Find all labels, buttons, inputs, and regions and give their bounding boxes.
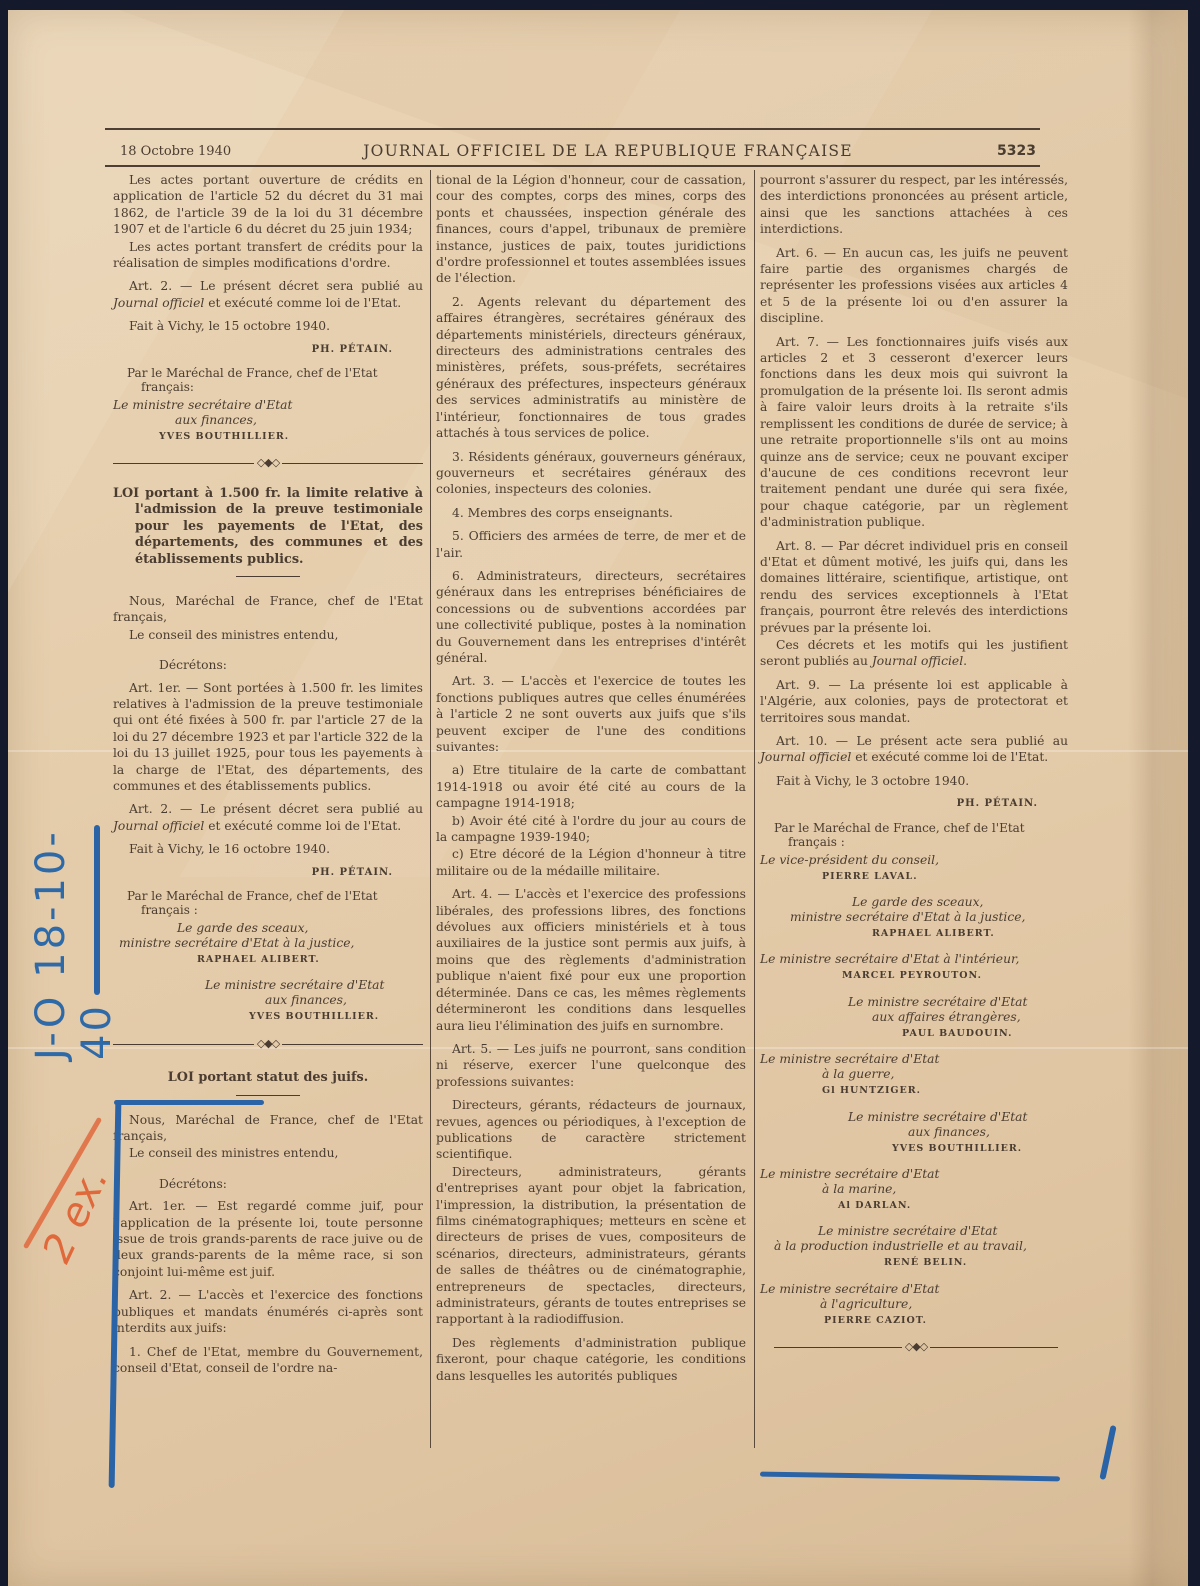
condition-item: c) Etre décoré de la Légion d'honneur à … xyxy=(436,846,746,879)
minister-title: Le garde des sceaux, xyxy=(113,921,423,936)
minister-portfolio: aux affaires étrangères, xyxy=(760,1010,1068,1025)
page-header: 18 Octobre 1940 JOURNAL OFFICIEL DE LA R… xyxy=(110,140,1040,162)
journal-officiel-ref: Journal officiel xyxy=(113,296,204,310)
preamble: Le conseil des ministres entendu, xyxy=(113,1145,423,1161)
minister-portfolio: à la marine, xyxy=(760,1182,1068,1197)
article-3: Art. 3. — L'accès et l'exercice de toute… xyxy=(436,673,746,755)
minister-portfolio: aux finances, xyxy=(113,413,423,428)
minister-name: YVES BOUTHILLIER. xyxy=(760,1141,1068,1157)
paragraph: Ces décrets et les motifs qui les justif… xyxy=(760,637,1068,670)
header-rule-bottom xyxy=(105,165,1040,167)
profession-item: Directeurs, gérants, rédacteurs de journ… xyxy=(436,1097,746,1163)
minister-name: PAUL BAUDOUIN. xyxy=(760,1026,1068,1042)
minister-title: Le ministre secrétaire d'Etat xyxy=(760,995,1068,1010)
minister-title: Le ministre secrétaire d'Etat xyxy=(760,1110,1068,1125)
minister-portfolio: ministre secrétaire d'Etat à la justice, xyxy=(113,936,423,951)
list-item: 2. Agents relevant du département des af… xyxy=(436,294,746,442)
countersign-intro-cont: français: xyxy=(113,380,423,394)
minister-title: Le ministre secrétaire d'Etat xyxy=(760,1224,1068,1239)
article-8: Art. 8. — Par décret individuel pris en … xyxy=(760,538,1068,636)
article-7: Art. 7. — Les fonctionnaires juifs visés… xyxy=(760,334,1068,531)
article-9: Art. 9. — La présente loi est applicable… xyxy=(760,677,1068,726)
preamble: Le conseil des ministres entendu, xyxy=(113,627,423,643)
column-divider xyxy=(754,170,755,1448)
minister-name: PIERRE CAZIOT. xyxy=(760,1313,1068,1329)
law-title-testimonial: LOI portant à 1.500 fr. la limite relati… xyxy=(113,486,423,568)
countersign-intro: Par le Maréchal de France, chef de l'Eta… xyxy=(113,366,423,380)
fait-a-vichy: Fait à Vichy, le 16 octobre 1940. xyxy=(113,841,423,857)
decretons: Décrétons: xyxy=(113,657,423,673)
minister-title: Le ministre secrétaire d'Etat xyxy=(113,398,423,413)
section-ornament: ◇◆◇ xyxy=(113,455,423,471)
blue-pencil-bracket xyxy=(114,1100,264,1105)
minister-portfolio: à l'agriculture, xyxy=(760,1297,1068,1312)
minister-name: RAPHAEL ALIBERT. xyxy=(113,952,423,968)
countersign-intro-cont: français : xyxy=(760,835,1068,849)
paragraph: tional de la Légion d'honneur, cour de c… xyxy=(436,172,746,287)
issue-date: 18 Octobre 1940 xyxy=(110,144,260,159)
article-2: Art. 2. — Le présent décret sera publié … xyxy=(113,278,423,311)
page-fold-shadow xyxy=(1128,10,1188,1586)
fait-a-vichy: Fait à Vichy, le 3 octobre 1940. xyxy=(760,773,1068,789)
minister-portfolio: à la guerre, xyxy=(760,1067,1068,1082)
list-item: 6. Administrateurs, directeurs, secrétai… xyxy=(436,568,746,666)
minister-title: Le ministre secrétaire d'Etat à l'intéri… xyxy=(760,952,1068,967)
title-rule xyxy=(236,576,300,577)
ornament-diamonds-icon: ◇◆◇ xyxy=(254,455,282,471)
list-item: 5. Officiers des armées de terre, de mer… xyxy=(436,528,746,561)
article-2: Art. 2. — Le présent décret sera publié … xyxy=(113,801,423,834)
ornament-diamonds-icon: ◇◆◇ xyxy=(254,1036,282,1052)
ornament-diamonds-icon: ◇◆◇ xyxy=(902,1339,930,1355)
list-item: 1. Chef de l'Etat, membre du Gouvernemen… xyxy=(113,1344,423,1377)
minister-title: Le garde des sceaux, xyxy=(760,895,1068,910)
article-6: Art. 6. — En aucun cas, les juifs ne peu… xyxy=(760,245,1068,327)
law-title-statut: LOI portant statut des juifs. xyxy=(113,1070,423,1086)
column-divider xyxy=(430,170,431,1448)
section-ornament: ◇◆◇ xyxy=(774,1339,1058,1355)
article-1: Art. 1er. — Est regardé comme juif, pour… xyxy=(113,1198,423,1280)
section-ornament: ◇◆◇ xyxy=(113,1036,423,1052)
minister-name: RENÉ BELIN. xyxy=(760,1255,1068,1271)
article-2: Art. 2. — L'accès et l'exercice des fonc… xyxy=(113,1287,423,1336)
signature-petain: PH. PÉTAIN. xyxy=(113,342,393,358)
article-1: Art. 1er. — Sont portées à 1.500 fr. les… xyxy=(113,680,423,795)
minister-name: RAPHAEL ALIBERT. xyxy=(760,926,1068,942)
countersign-intro: Par le Maréchal de France, chef de l'Eta… xyxy=(760,821,1068,835)
page-number: 5323 xyxy=(956,143,1040,159)
minister-name: Al DARLAN. xyxy=(760,1198,1068,1214)
paragraph: Les actes portant transfert de crédits p… xyxy=(113,239,423,272)
profession-item: Directeurs, administrateurs, gérants d'e… xyxy=(436,1164,746,1328)
publication-title: JOURNAL OFFICIEL DE LA REPUBLIQUE FRANÇA… xyxy=(260,142,956,160)
minister-portfolio: à la production industrielle et au trava… xyxy=(760,1239,1068,1254)
minister-title: Le ministre secrétaire d'Etat xyxy=(760,1052,1068,1067)
minister-name: MARCEL PEYROUTON. xyxy=(760,968,1068,984)
minister-name: YVES BOUTHILLIER. xyxy=(113,429,423,445)
minister-portfolio: aux finances, xyxy=(760,1125,1068,1140)
condition-item: a) Etre titulaire de la carte de combatt… xyxy=(436,762,746,811)
minister-name: PIERRE LAVAL. xyxy=(760,869,1068,885)
minister-title: Le ministre secrétaire d'Etat xyxy=(760,1167,1068,1182)
preamble: Nous, Maréchal de France, chef de l'Etat… xyxy=(113,593,423,626)
paragraph: Des règlements d'administration publique… xyxy=(436,1335,746,1384)
header-rule-top xyxy=(105,128,1040,130)
list-item: 3. Résidents généraux, gouverneurs génér… xyxy=(436,449,746,498)
column-3: pourront s'assurer du respect, par les i… xyxy=(760,172,1068,1356)
column-2: tional de la Légion d'honneur, cour de c… xyxy=(436,172,746,1391)
minister-portfolio: ministre secrétaire d'Etat à la justice, xyxy=(760,910,1068,925)
minister-title: Le ministre secrétaire d'Etat xyxy=(113,978,423,993)
signature-petain: PH. PÉTAIN. xyxy=(760,796,1038,812)
list-item: 4. Membres des corps enseignants. xyxy=(436,505,746,521)
countersign-intro-cont: français : xyxy=(113,903,423,917)
article-10: Art. 10. — Le présent acte sera publié a… xyxy=(760,733,1068,766)
article-4: Art. 4. — L'accès et l'exercice des prof… xyxy=(436,886,746,1034)
signature-petain: PH. PÉTAIN. xyxy=(113,865,393,881)
minister-title: Le vice-président du conseil, xyxy=(760,853,1068,868)
decretons: Décrétons: xyxy=(113,1176,423,1192)
paragraph: Les actes portant ouverture de crédits e… xyxy=(113,172,423,238)
article-5: Art. 5. — Les juifs ne pourront, sans co… xyxy=(436,1041,746,1090)
minister-title: Le ministre secrétaire d'Etat xyxy=(760,1282,1068,1297)
paragraph: pourront s'assurer du respect, par les i… xyxy=(760,172,1068,238)
preamble: Nous, Maréchal de France, chef de l'Etat… xyxy=(113,1112,423,1145)
condition-item: b) Avoir été cité à l'ordre du jour au c… xyxy=(436,813,746,846)
blue-pencil-mark xyxy=(94,825,100,995)
minister-name: Gl HUNTZIGER. xyxy=(760,1083,1068,1099)
column-1: Les actes portant ouverture de crédits e… xyxy=(113,172,423,1383)
minister-name: YVES BOUTHILLIER. xyxy=(113,1009,423,1025)
handwritten-date-note: J-O 18-10-40 xyxy=(28,780,120,1060)
countersign-intro: Par le Maréchal de France, chef de l'Eta… xyxy=(113,889,423,903)
fait-a-vichy: Fait à Vichy, le 15 octobre 1940. xyxy=(113,318,423,334)
minister-portfolio: aux finances, xyxy=(113,993,423,1008)
title-rule xyxy=(236,1095,300,1096)
